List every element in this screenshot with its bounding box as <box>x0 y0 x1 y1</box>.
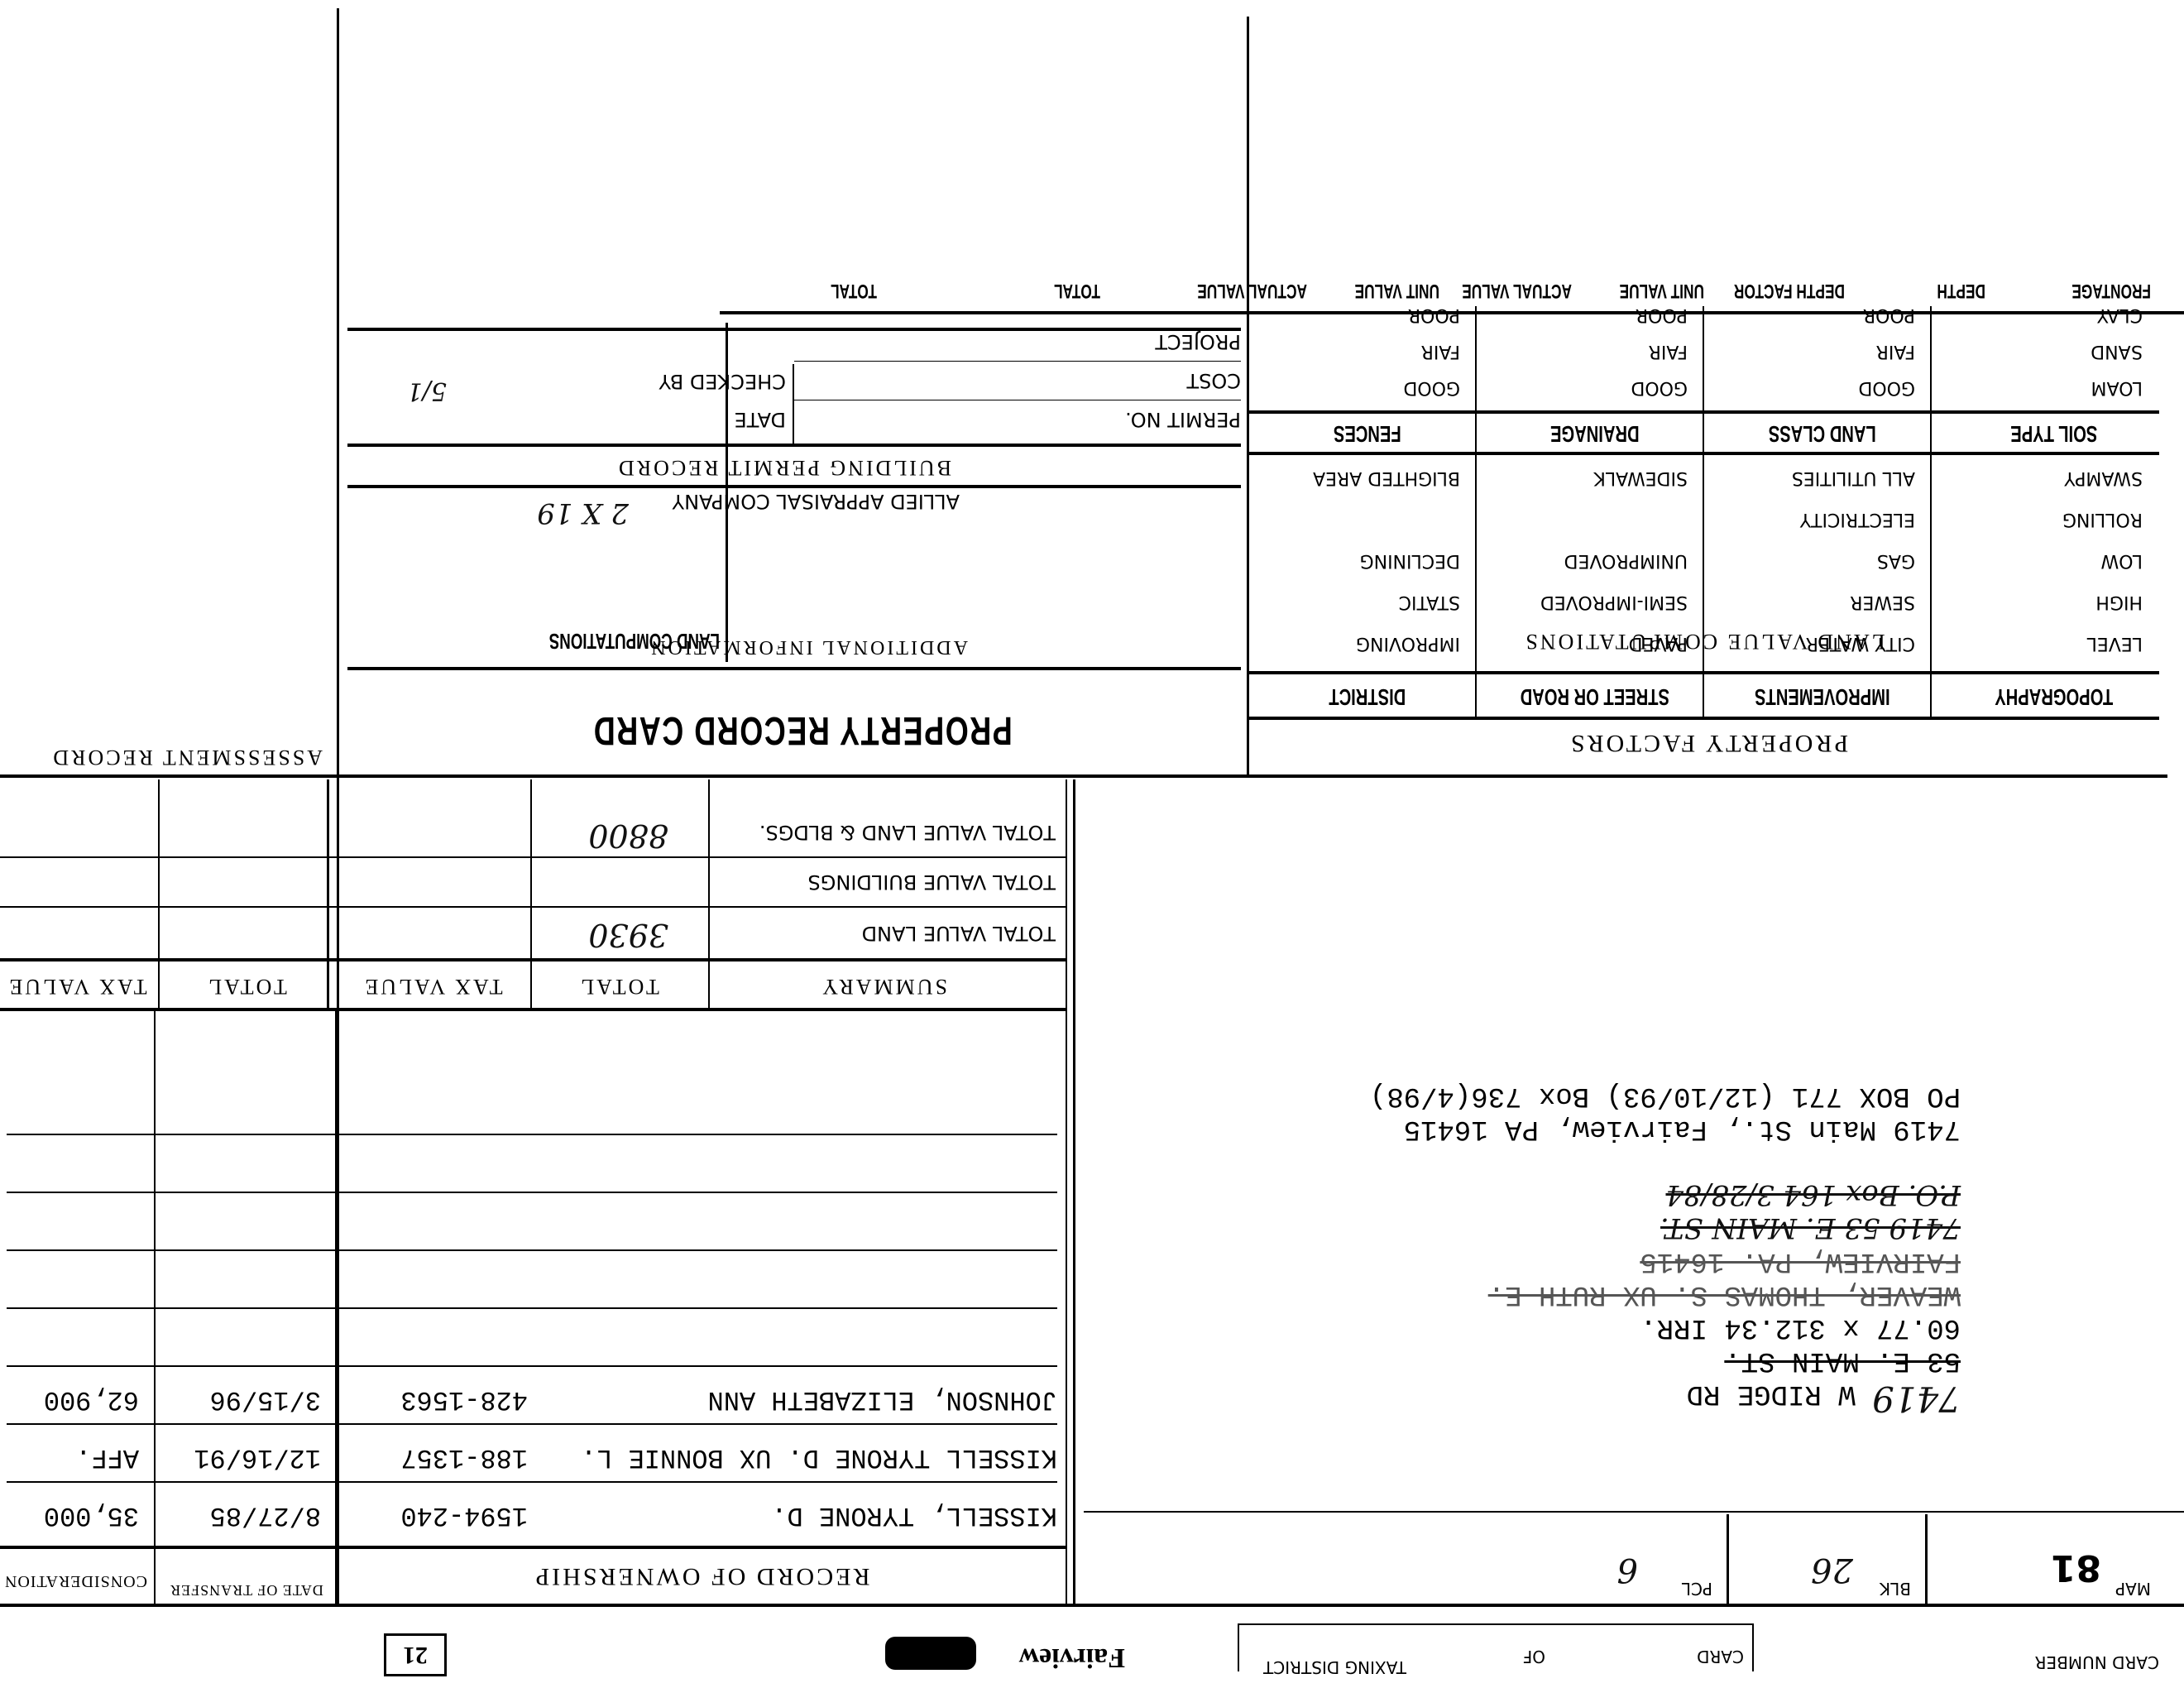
factor-item: ELECTRICITY <box>1792 498 1915 539</box>
table-row: KISSELL, TYRONE D. 1594-240 8/27/85 35,0… <box>7 1481 1057 1539</box>
divider <box>1249 410 2159 414</box>
land-class-header: LAND CLASS <box>1742 420 1903 447</box>
actual-value-header: ACTUAL VALUE <box>1462 279 1572 302</box>
divider <box>720 311 2184 314</box>
drainage-header: DRAINAGE <box>1515 420 1675 447</box>
blk-label: BLK <box>1880 1579 1911 1599</box>
card-label: CARD <box>1697 1647 1744 1666</box>
soil-type-header: SOIL TYPE <box>1974 420 2134 447</box>
divider <box>158 779 160 1011</box>
address-line: 53 E. MAIN ST. <box>1092 1344 1961 1377</box>
divider <box>708 779 710 1011</box>
table-row <box>7 1134 1057 1192</box>
factor-item: GOOD <box>1631 369 1688 405</box>
factor-item: BLIGHTED AREA <box>1313 457 1460 498</box>
redaction-mark <box>885 1637 976 1670</box>
address-line: 7419 Main St., Fairview, PA 16415 <box>1092 1112 1961 1145</box>
summary-total-header: TOTAL <box>536 974 702 999</box>
factor-item: ALL UTILITIES <box>1792 457 1915 498</box>
divider <box>347 667 1241 670</box>
divider <box>347 328 1241 331</box>
card-title: PROPERTY RECORD CARD <box>474 707 1132 753</box>
factor-item: LOAM <box>2091 369 2143 405</box>
divider <box>0 1008 1066 1011</box>
actual-value-header-2: ACTUAL VALUE <box>1197 279 1307 302</box>
divider <box>1073 779 1075 1607</box>
property-record-card: CARD NUMBER CARD OF TAXING DISTRICT Fair… <box>0 0 2184 1688</box>
summary-row-label: TOTAL VALUE LAND & BLDGS. <box>759 821 1056 844</box>
address-line: P.O. Box 164 3/28/84 <box>1092 1178 1961 1211</box>
date-of-transfer-label: DATE OF TRANSFER <box>160 1581 333 1599</box>
deed-ref: 1594-240 <box>400 1500 528 1531</box>
pcl-label: PCL <box>1682 1579 1712 1599</box>
district-code: 21 <box>384 1633 447 1676</box>
table-row: KISSELL TYRONE D. UX BONNIE L. 188-1357 … <box>7 1423 1057 1481</box>
improvements-header: IMPROVEMENTS <box>1742 683 1903 710</box>
address-line: FAIRVIEW, PA. 16415 <box>1092 1244 1961 1278</box>
district-header: DISTRICT <box>1287 683 1448 710</box>
divider <box>0 906 1066 908</box>
transfer-date: 3/15/96 <box>210 1384 321 1415</box>
land-value-headers: FRONTAGE DEPTH DEPTH FACTOR UNIT VALUE A… <box>728 261 2167 310</box>
blk-value: 26 <box>1811 1551 1853 1589</box>
factor-item: UNIMPROVED <box>1540 539 1688 581</box>
total-header: TOTAL <box>1054 279 1100 302</box>
table-row <box>7 1192 1057 1249</box>
transfer-date: 12/16/91 <box>194 1442 321 1473</box>
permit-fields-left: PERMIT NO. COST PROJECT <box>794 323 1241 439</box>
deed-ref: 428-1563 <box>400 1384 528 1415</box>
divider <box>327 779 329 1011</box>
divider <box>347 485 1241 488</box>
table-row <box>7 1307 1057 1365</box>
divider <box>793 364 794 447</box>
taxing-district-label: TAXING DISTRICT <box>1274 1658 1406 1676</box>
fences-header: FENCES <box>1287 420 1448 447</box>
map-label: MAP <box>2115 1579 2151 1599</box>
ownership-rows: KISSELL, TYRONE D. 1594-240 8/27/85 35,0… <box>7 1134 1057 1539</box>
owner-name: KISSELL, TYRONE D. <box>771 1500 1057 1531</box>
factor-item: FAIR <box>1858 333 1915 369</box>
summary-row-total: 3930 <box>588 917 668 953</box>
divider <box>0 1546 1066 1549</box>
permit-no-label: PERMIT NO. <box>794 400 1241 439</box>
summary-row-label: TOTAL VALUE BUILDINGS <box>808 870 1056 894</box>
factor-item: FAIR <box>1631 333 1688 369</box>
factor-item: GOOD <box>1858 369 1915 405</box>
unit-value-header: UNIT VALUE <box>1620 279 1704 302</box>
pcl-value: 6 <box>1617 1551 1638 1589</box>
cost-label: COST <box>794 361 1241 400</box>
land-computation-note: 2 X 19 <box>537 496 629 530</box>
owner-name: KISSELL TYRONE D. UX BONNIE L. <box>581 1442 1057 1473</box>
total-header-2: TOTAL <box>831 279 877 302</box>
address-line: 7419 W RIDGE RD <box>1092 1377 1961 1415</box>
map-value: 81 <box>2051 1547 2101 1589</box>
land-value-header-row <box>728 612 2159 662</box>
street-header: STREET OR ROAD <box>1515 683 1675 710</box>
depth-factor-header: DEPTH FACTOR <box>1734 279 1845 302</box>
summary-total-header-2: TOTAL <box>172 974 321 999</box>
property-factors-title: PROPERTY FACTORS <box>1257 729 2159 757</box>
taxing-district-value: Fairview <box>1019 1642 1125 1673</box>
address-line: PO BOX 771 (12/10/93) Box 736(4/98) <box>1092 1079 1961 1112</box>
unit-value-header-2: UNIT VALUE <box>1355 279 1439 302</box>
divider <box>1727 1514 1729 1605</box>
owner-address-block: 7419 W RIDGE RD 53 E. MAIN ST. 60.77 x 3… <box>1092 1079 1961 1415</box>
divider <box>1249 717 2159 720</box>
factor-item: SWAMPY <box>2062 457 2143 498</box>
address-line: 7419 53 E. MAIN ST. <box>1092 1211 1961 1244</box>
address-line: WEAVER, THOMAS S. UX RUTH E. <box>1092 1278 1961 1311</box>
divider <box>1249 452 2159 455</box>
consideration: 35,000 <box>44 1500 139 1531</box>
factor-item: DECLINING <box>1313 539 1460 581</box>
divider <box>1066 779 1067 1607</box>
table-row <box>7 1249 1057 1307</box>
table-row: JOHNSON, ELIZABETH ANN 428-1563 3/15/96 … <box>7 1365 1057 1423</box>
frontage-header: FRONTAGE <box>2071 279 2151 302</box>
factor-item: LOW <box>2062 539 2143 581</box>
divider <box>347 444 1241 447</box>
divider <box>0 856 1066 858</box>
divider <box>1249 671 2159 674</box>
card-number-label: CARD NUMBER <box>2052 1653 2159 1671</box>
deed-ref: 188-1357 <box>400 1442 528 1473</box>
card-title-block: PROPERTY RECORD CARD <box>364 670 1241 778</box>
factor-item: SAND <box>2091 333 2143 369</box>
land-computations-title: LAND COMPUTATIONS <box>549 628 720 654</box>
ownership-title: RECORD OF OWNERSHIP <box>338 1562 1066 1590</box>
divider <box>0 958 1066 961</box>
summary-header: SUMMARY <box>710 974 1057 999</box>
depth-header: DEPTH <box>1937 279 1985 302</box>
summary-row-label: TOTAL VALUE LAND <box>862 922 1056 945</box>
consideration: 62,900 <box>44 1384 139 1415</box>
consideration: AFF. <box>75 1442 139 1473</box>
assessment-record-title: ASSESSMENT RECORD <box>50 745 323 770</box>
owner-name: JOHNSON, ELIZABETH ANN <box>708 1384 1057 1415</box>
summary-tax-header: TAX VALUE <box>338 974 528 999</box>
of-label: OF <box>1523 1647 1545 1666</box>
date-label: DATE <box>659 400 786 439</box>
map-blk-pcl: MAP 81 BLK 26 PCL 6 <box>1042 1514 2167 1605</box>
summary-tax-header-2: TAX VALUE <box>0 974 156 999</box>
address-line: 60.77 x 312.34 IRR. <box>1092 1311 1961 1344</box>
factor-item: GAS <box>1792 539 1915 581</box>
topography-header: TOPOGRAPHY <box>1974 683 2134 710</box>
divider <box>726 323 728 662</box>
factor-item: FAIR <box>1403 333 1460 369</box>
permit-fields-right: DATE CHECKED BY <box>659 362 786 439</box>
appraisal-company: ALLIED APPRAISAL COMPANY <box>673 490 960 513</box>
summary-row-total: 8800 <box>588 818 668 854</box>
divider <box>1084 1511 2184 1513</box>
checked-by-label: CHECKED BY <box>659 362 786 400</box>
divider <box>337 8 339 1605</box>
divider <box>530 779 532 1011</box>
factor-item: GOOD <box>1403 369 1460 405</box>
land-computation-note: 5/1 <box>407 376 447 405</box>
divider <box>1247 17 1249 778</box>
divider <box>1925 1514 1928 1605</box>
factor-item: ROLLING <box>2062 498 2143 539</box>
factor-item: SIDEWALK <box>1540 457 1688 498</box>
building-permit-title: BUILDING PERMIT RECORD <box>616 455 951 480</box>
consideration-label: CONSIDERATION <box>4 1571 147 1590</box>
ownership-record: RECORD OF OWNERSHIP DATE OF TRANSFER CON… <box>0 779 1066 1607</box>
transfer-date: 8/27/85 <box>210 1500 321 1531</box>
